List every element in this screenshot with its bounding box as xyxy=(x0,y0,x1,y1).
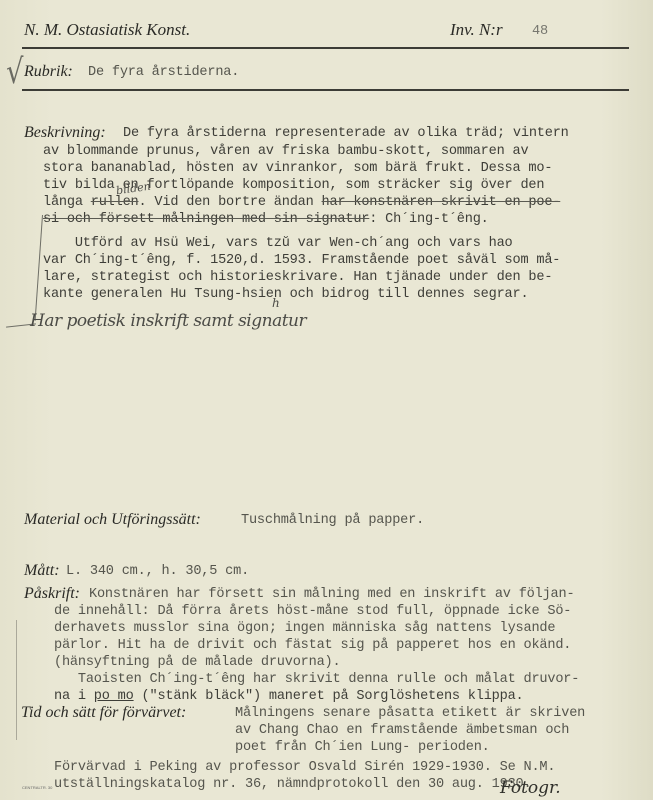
forvarv-label: Tid och sätt för förvärvet: xyxy=(21,704,186,722)
header-rule xyxy=(22,47,629,49)
catalog-card: N. M. Ostasiatisk Konst. Inv. N:r 48 √ R… xyxy=(0,0,653,800)
line6-end: : Ch´ing-t´êng. xyxy=(369,212,488,227)
beskrivning-line-2: av blommande prunus, våren av friska bam… xyxy=(43,143,528,161)
check-mark-icon: √ xyxy=(6,52,23,92)
beskrivning-line-6: si och försett målningen med sin signatu… xyxy=(43,211,489,229)
paskrift-line-5: (hänsyftning på de målade druvorna). xyxy=(54,654,340,672)
paskrift-line-6: Taoisten Ch´ing-t´êng har skrivit denna … xyxy=(54,671,579,689)
line5-prefix: långa xyxy=(43,195,91,210)
po-mo-underlined: po mo xyxy=(94,689,134,704)
struck-text-2: si och försett målningen med sin signatu… xyxy=(43,212,369,227)
paskrift-last-prefix: na i xyxy=(54,689,94,704)
rubrik-label: Rubrik: xyxy=(24,63,73,81)
beskrivning-line-1: De fyra årstiderna representerade av oli… xyxy=(123,125,569,143)
biography-line-1: Utförd av Hsü Wei, vars tzŭ var Wen-ch´a… xyxy=(43,235,513,253)
struck-text-1: har konstnären skrivit en poe- xyxy=(322,195,561,210)
struck-word-rullen: rullen xyxy=(91,195,139,210)
paskrift-line-2: de innehåll: Då förra årets höst-måne st… xyxy=(54,603,571,621)
material-label: Material och Utföringssätt: xyxy=(24,511,201,529)
paskrift-line-4: pärlor. Hit ha de drivit och fästat sig … xyxy=(54,637,571,655)
paskrift-last-suffix: ("stänk bläck") maneret på Sorglöshetens… xyxy=(134,689,524,704)
material-value: Tuschmålning på papper. xyxy=(241,512,424,530)
biography-line-4: kante generalen Hu Tsung-hsien och bidro… xyxy=(43,286,528,304)
institution-name: N. M. Ostasiatisk Konst. xyxy=(24,20,190,40)
paskrift-line-7: na i po mo ("stänk bläck") maneret på So… xyxy=(54,688,524,706)
paskrift-label: Påskrift: xyxy=(24,585,80,603)
paskrift-line-1: Konstnären har försett sin målning med e… xyxy=(89,586,574,604)
pencil-margin-line xyxy=(35,215,43,321)
rubrik-rule xyxy=(22,89,629,91)
paskrift-line-3: derhavets musslor sina ögon; ingen männi… xyxy=(54,620,555,638)
handwritten-correction-h: h xyxy=(272,296,280,310)
forvarv-footer-2: utställningskatalog nr. 36, nämndprotoko… xyxy=(54,776,531,794)
biography-line-3: lare, strategist och historieskrivare. H… xyxy=(43,269,552,287)
handwritten-note: Har poetisk inskrift samt signatur xyxy=(30,311,306,331)
pencil-margin-line-lower xyxy=(16,620,17,740)
matt-label: Mått: xyxy=(24,562,60,580)
printer-mark: CENTRALTR. 30 xyxy=(22,785,52,790)
beskrivning-label: Beskrivning: xyxy=(24,124,106,142)
forvarv-line-2: av Chang Chao en framstående ämbetsman o… xyxy=(235,722,569,740)
handwritten-fotogr: Fotogr. xyxy=(500,778,561,798)
inventory-number: 48 xyxy=(532,23,548,41)
beskrivning-line-3: stora bananablad, hösten av vinrankor, s… xyxy=(43,160,552,178)
forvarv-line-1: Målningens senare påsatta etikett är skr… xyxy=(235,705,585,723)
line5-middle: . Vid den bortre ändan xyxy=(139,195,322,210)
forvarv-footer-1: Förvärvad i Peking av professor Osvald S… xyxy=(54,759,555,777)
inventory-label: Inv. N:r xyxy=(450,20,503,40)
rubrik-value: De fyra årstiderna. xyxy=(88,64,239,82)
matt-value: L. 340 cm., h. 30,5 cm. xyxy=(66,563,249,581)
forvarv-line-3: poet från Ch´ien Lung- perioden. xyxy=(235,739,490,757)
biography-line-2: var Ch´ing-t´êng, f. 1520,d. 1593. Frams… xyxy=(43,252,560,270)
